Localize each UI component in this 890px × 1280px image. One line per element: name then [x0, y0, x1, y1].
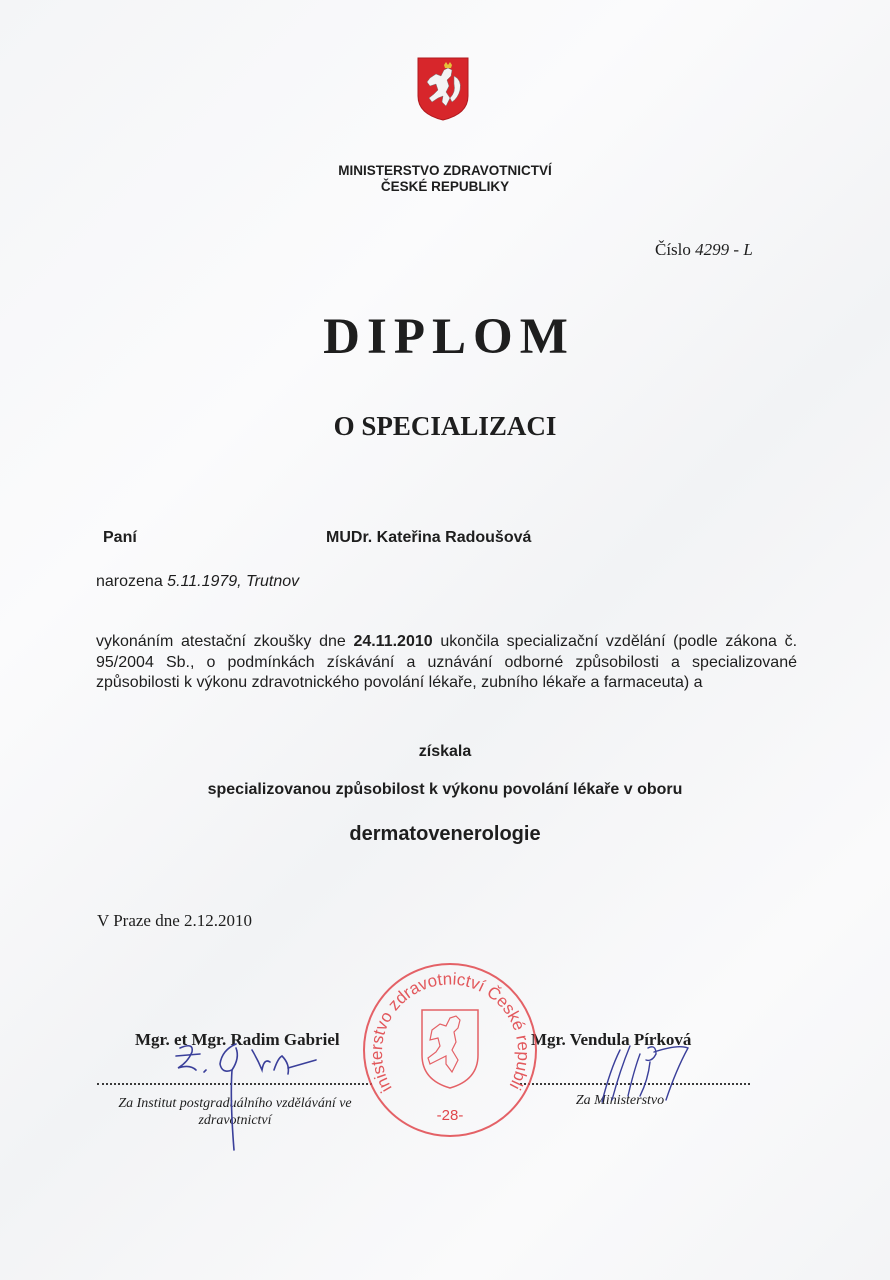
ministry-line-1: MINISTERSTVO ZDRAVOTNICTVÍ [0, 163, 890, 179]
handwritten-signature-2 [590, 1040, 700, 1115]
document-number: Číslo 4299 - L [655, 240, 753, 260]
body-text-part1: vykonáním atestační zkoušky dne [96, 633, 346, 650]
number-value: 4299 - L [695, 240, 753, 259]
stamp-text: Ministerstvo zdravotnictví České republi… [360, 960, 533, 1096]
diploma-title: DIPLOM [0, 308, 890, 366]
handwritten-signature-1 [170, 1040, 320, 1160]
svg-text:Ministerstvo zdravotnictví Čes: Ministerstvo zdravotnictví České republi… [360, 960, 533, 1096]
number-label: Číslo [655, 240, 691, 259]
body-paragraph: vykonáním atestační zkoušky dne 24.11.20… [96, 632, 797, 694]
exam-date: 24.11.2010 [353, 633, 432, 650]
obtained-label: získala [0, 743, 890, 761]
specialization-field: dermatovenerologie [0, 823, 890, 846]
ministry-heading: MINISTERSTVO ZDRAVOTNICTVÍ ČESKÉ REPUBLI… [0, 163, 890, 195]
born-value: 5.11.1979, Trutnov [167, 573, 299, 590]
official-stamp-icon: Ministerstvo zdravotnictví České republi… [360, 960, 540, 1140]
salutation: Paní [103, 529, 137, 547]
competence-text: specializovanou způsobilost k výkonu pov… [0, 781, 890, 799]
diploma-subtitle: O SPECIALIZACI [0, 411, 890, 442]
stamp-number: -28- [437, 1107, 464, 1124]
ministry-line-2: ČESKÉ REPUBLIKY [0, 179, 890, 195]
born-label: narozena [96, 573, 163, 590]
recipient-name: MUDr. Kateřina Radoušová [326, 529, 531, 547]
birth-info: narozena 5.11.1979, Trutnov [96, 573, 299, 591]
place-and-date: V Praze dne 2.12.2010 [97, 911, 252, 931]
czech-coat-of-arms-icon [416, 56, 470, 122]
